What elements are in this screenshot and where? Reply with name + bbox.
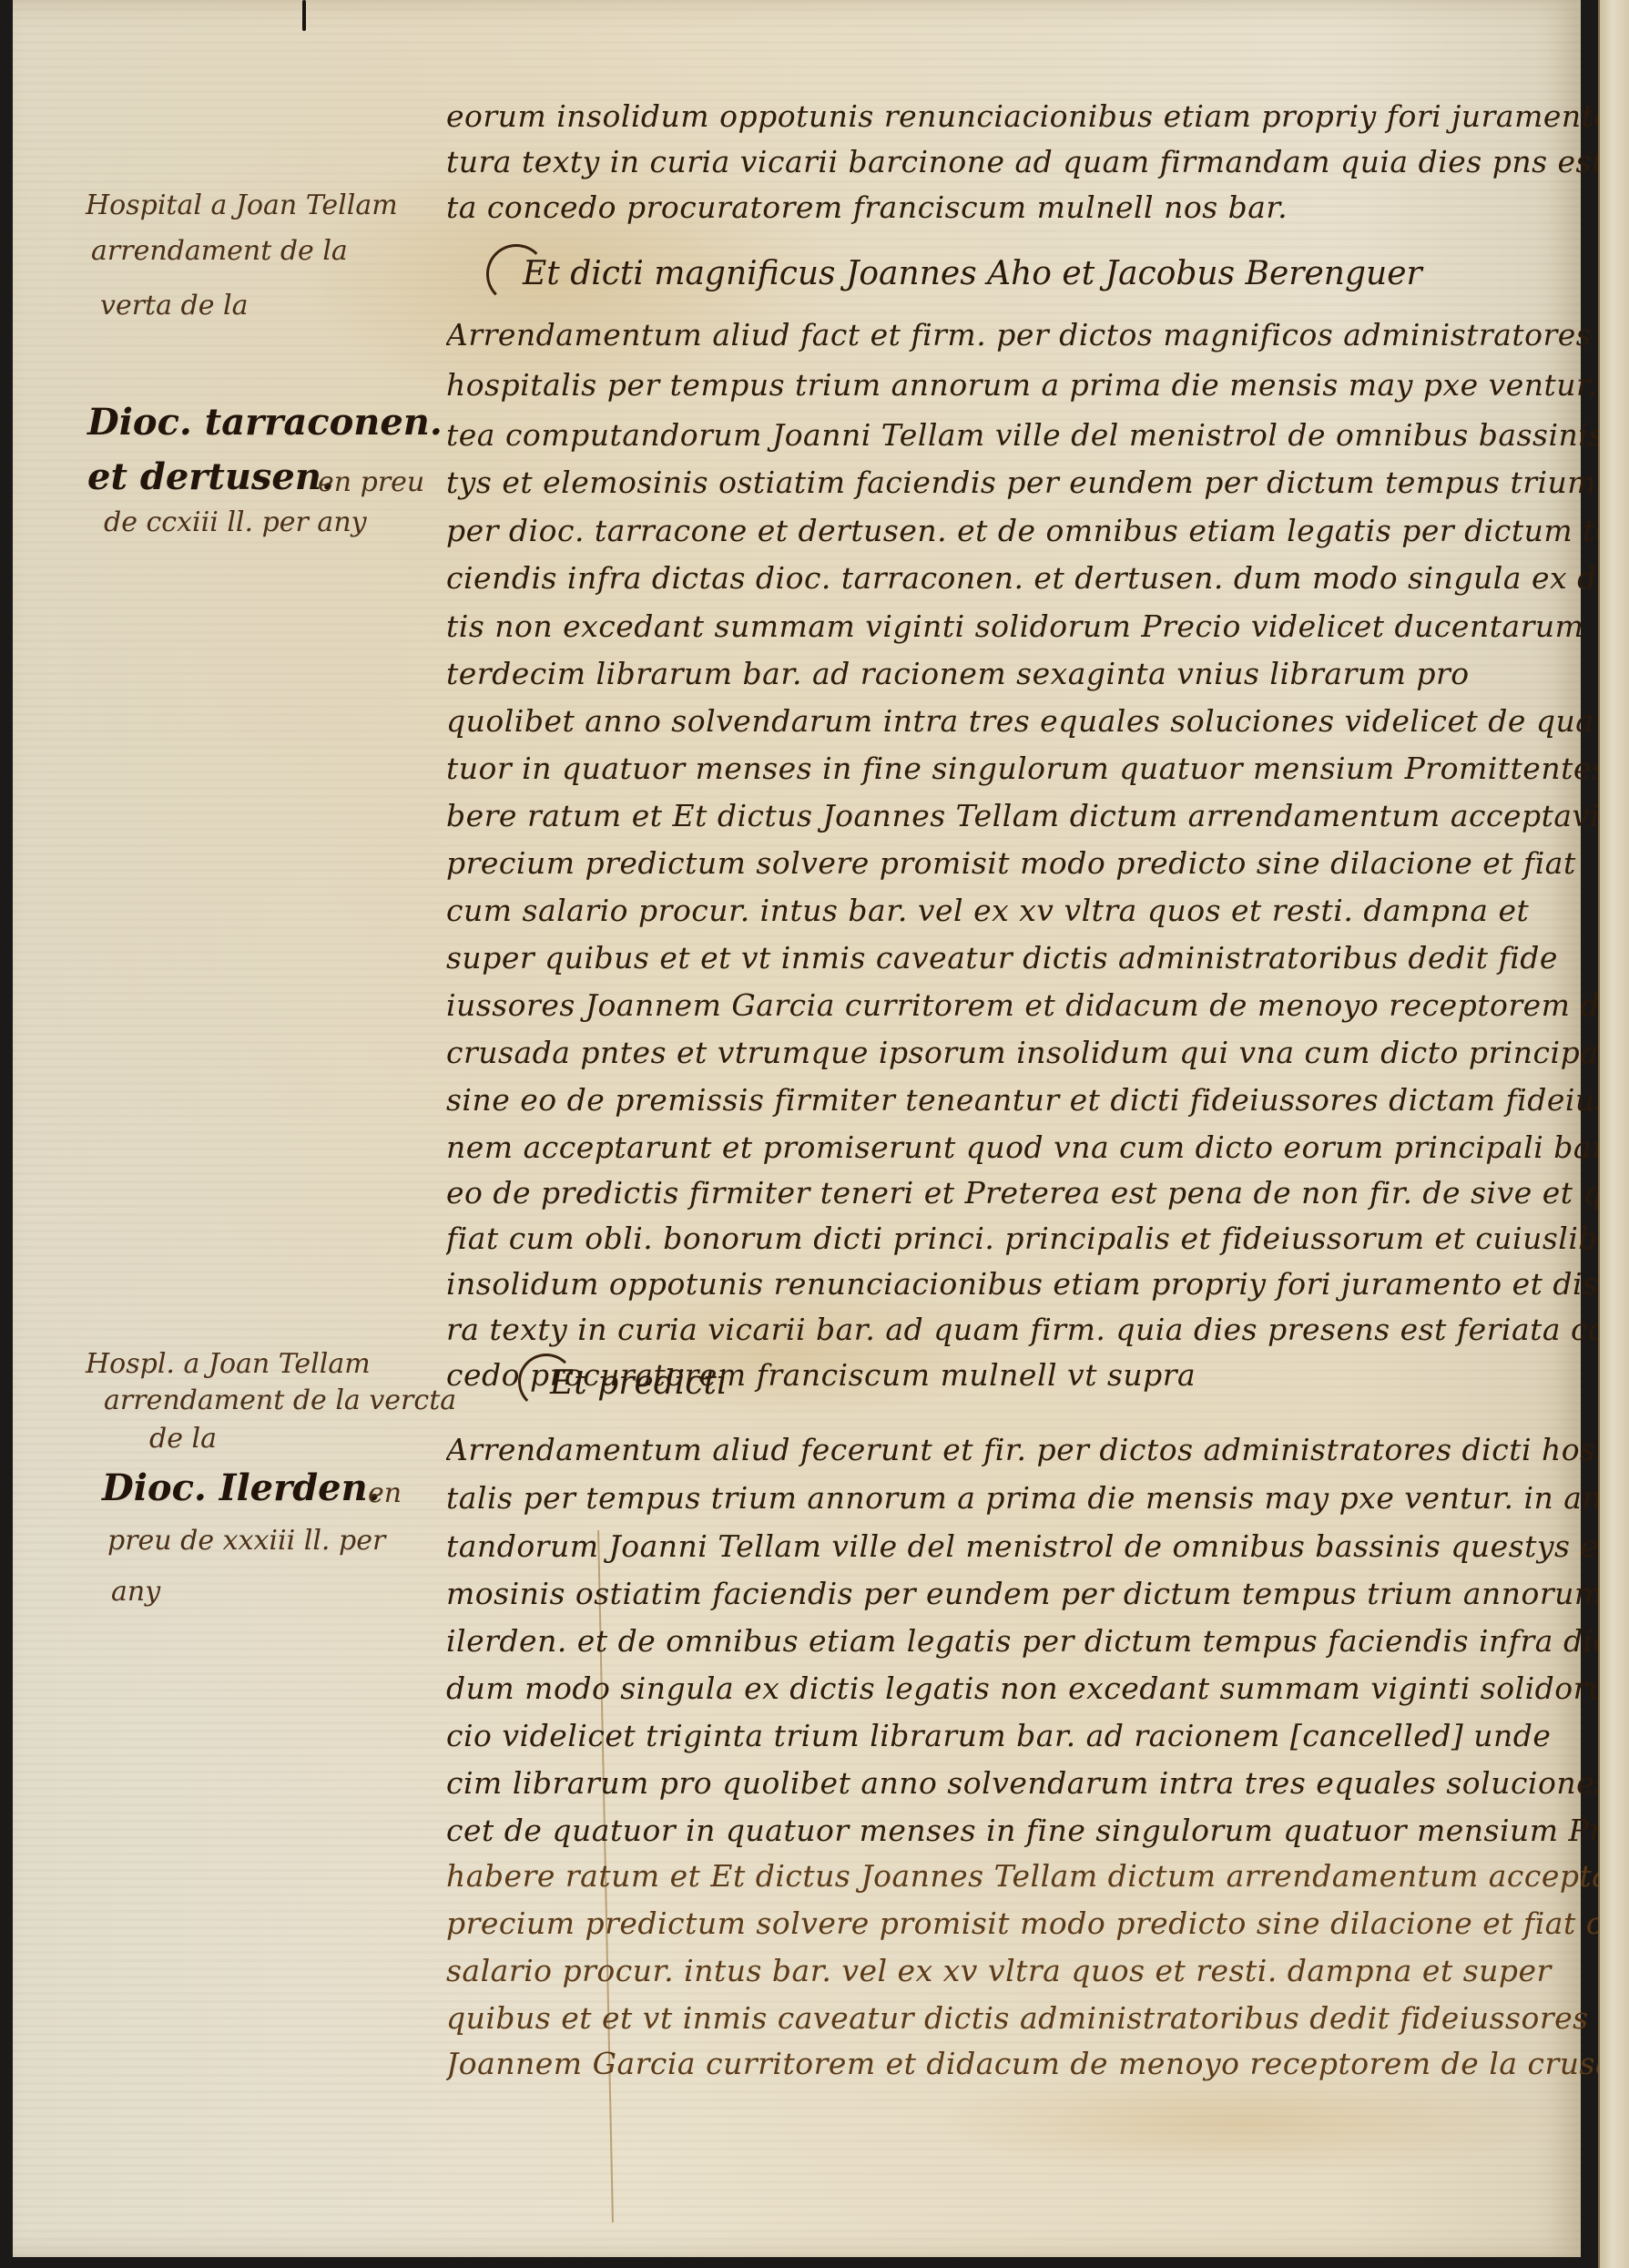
text-line: eorum insolidum oppotunis renunciacionib… [446,98,1603,134]
margin-note: Hospital a Joan Tellam [86,189,398,221]
text-line: hospitalis per tempus trium annorum a pr… [446,367,1603,403]
text-line: ta concedo procuratorem franciscum mulne… [446,189,1603,225]
ink-stroke-top [302,0,306,31]
text-line: quolibet anno solvendarum intra tres equ… [446,703,1603,739]
margin-note: en preu [318,466,424,498]
text-line: crusada pntes et vtrumque ipsorum insoli… [446,1035,1603,1070]
text-line: cio videlicet triginta trium librarum ba… [446,1718,1603,1753]
text-line: habere ratum et Et dictus Joannes Tellam… [446,1858,1603,1894]
margin-note: any [111,1576,160,1608]
text-line: tea computandorum Joanni Tellam ville de… [446,417,1603,453]
margin-note-price: preu de xxxiii ll. per [107,1525,385,1557]
margin-note: Hospl. a Joan Tellam [86,1348,371,1380]
text-line: insolidum oppotunis renunciacionibus eti… [446,1266,1603,1302]
text-line: terdecim librarum bar. ad racionem sexag… [446,656,1603,691]
text-line: precium predictum solvere promisit modo … [446,1905,1603,1941]
manuscript-page: Hospital a Joan Tellam arrendament de la… [13,0,1581,2257]
text-line: dum modo singula ex dictis legatis non e… [446,1670,1603,1706]
book-gutter [1598,0,1629,2268]
text-line: talis per tempus trium annorum a prima d… [446,1480,1603,1516]
text-line: per dioc. tarracone et dertusen. et de o… [446,513,1603,548]
margin-note: en [368,1477,402,1509]
text-line: Arrendamentum aliud fact et firm. per di… [446,317,1603,352]
text-line: quibus et et vt inmis caveatur dictis ad… [446,2000,1603,2036]
text-line: sine eo de premissis firmiter teneantur … [446,1082,1603,1118]
margin-note: arrendament de la vercta [104,1384,456,1416]
text-line: tuor in quatuor menses in fine singuloru… [446,751,1603,786]
text-line: ciendis infra dictas dioc. tarraconen. e… [446,560,1603,596]
text-line: tys et elemosinis ostiatim faciendis per… [446,465,1603,500]
text-line: bere ratum et Et dictus Joannes Tellam d… [446,798,1603,833]
text-line: Arrendamentum aliud fecerunt et fir. per… [446,1432,1603,1467]
section-heading: Et predicti [550,1364,727,1402]
margin-note-price: de ccxiii ll. per any [104,506,367,538]
text-line: super quibus et et vt inmis caveatur dic… [446,940,1603,976]
text-line: nem acceptarunt et promiserunt quod vna … [446,1129,1603,1165]
text-line: ra texty in curia vicarii bar. ad quam f… [446,1312,1603,1347]
margin-note: verta de la [100,290,249,322]
margin-note: de la [149,1423,217,1455]
text-line: cum salario procur. intus bar. vel ex xv… [446,893,1603,928]
paper-stain [923,2068,1561,2177]
text-line: cim librarum pro quolibet anno solvendar… [446,1765,1603,1801]
margin-note-diocese: Dioc. Ilerden. [102,1466,381,1509]
text-line: cet de quatuor in quatuor menses in fine… [446,1813,1603,1848]
section-heading: Et dicti magnificus Joannes Aho et Jacob… [523,255,1422,292]
margin-note-diocese: et dertusen. [87,455,334,498]
text-line: tura texty in curia vicarii barcinone ad… [446,144,1603,179]
margin-note-diocese: Dioc. tarraconen. [87,401,443,444]
text-line: tandorum Joanni Tellam ville del menistr… [446,1528,1603,1564]
text-line: ilerden. et de omnibus etiam legatis per… [446,1623,1603,1659]
text-line: tis non excedant summam viginti solidoru… [446,608,1603,644]
text-line: iussores Joannem Garcia curritorem et di… [446,987,1603,1023]
text-line: eo de predictis firmiter teneri et Prete… [446,1175,1603,1211]
text-line: Joannem Garcia curritorem et didacum de … [446,2046,1603,2081]
text-line: mosinis ostiatim faciendis per eundem pe… [446,1576,1603,1611]
text-line: salario procur. intus bar. vel ex xv vlt… [446,1953,1603,1988]
text-line: precium predictum solvere promisit modo … [446,845,1603,881]
text-line: fiat cum obli. bonorum dicti princi. pri… [446,1221,1603,1256]
margin-note: arrendament de la [91,235,348,267]
